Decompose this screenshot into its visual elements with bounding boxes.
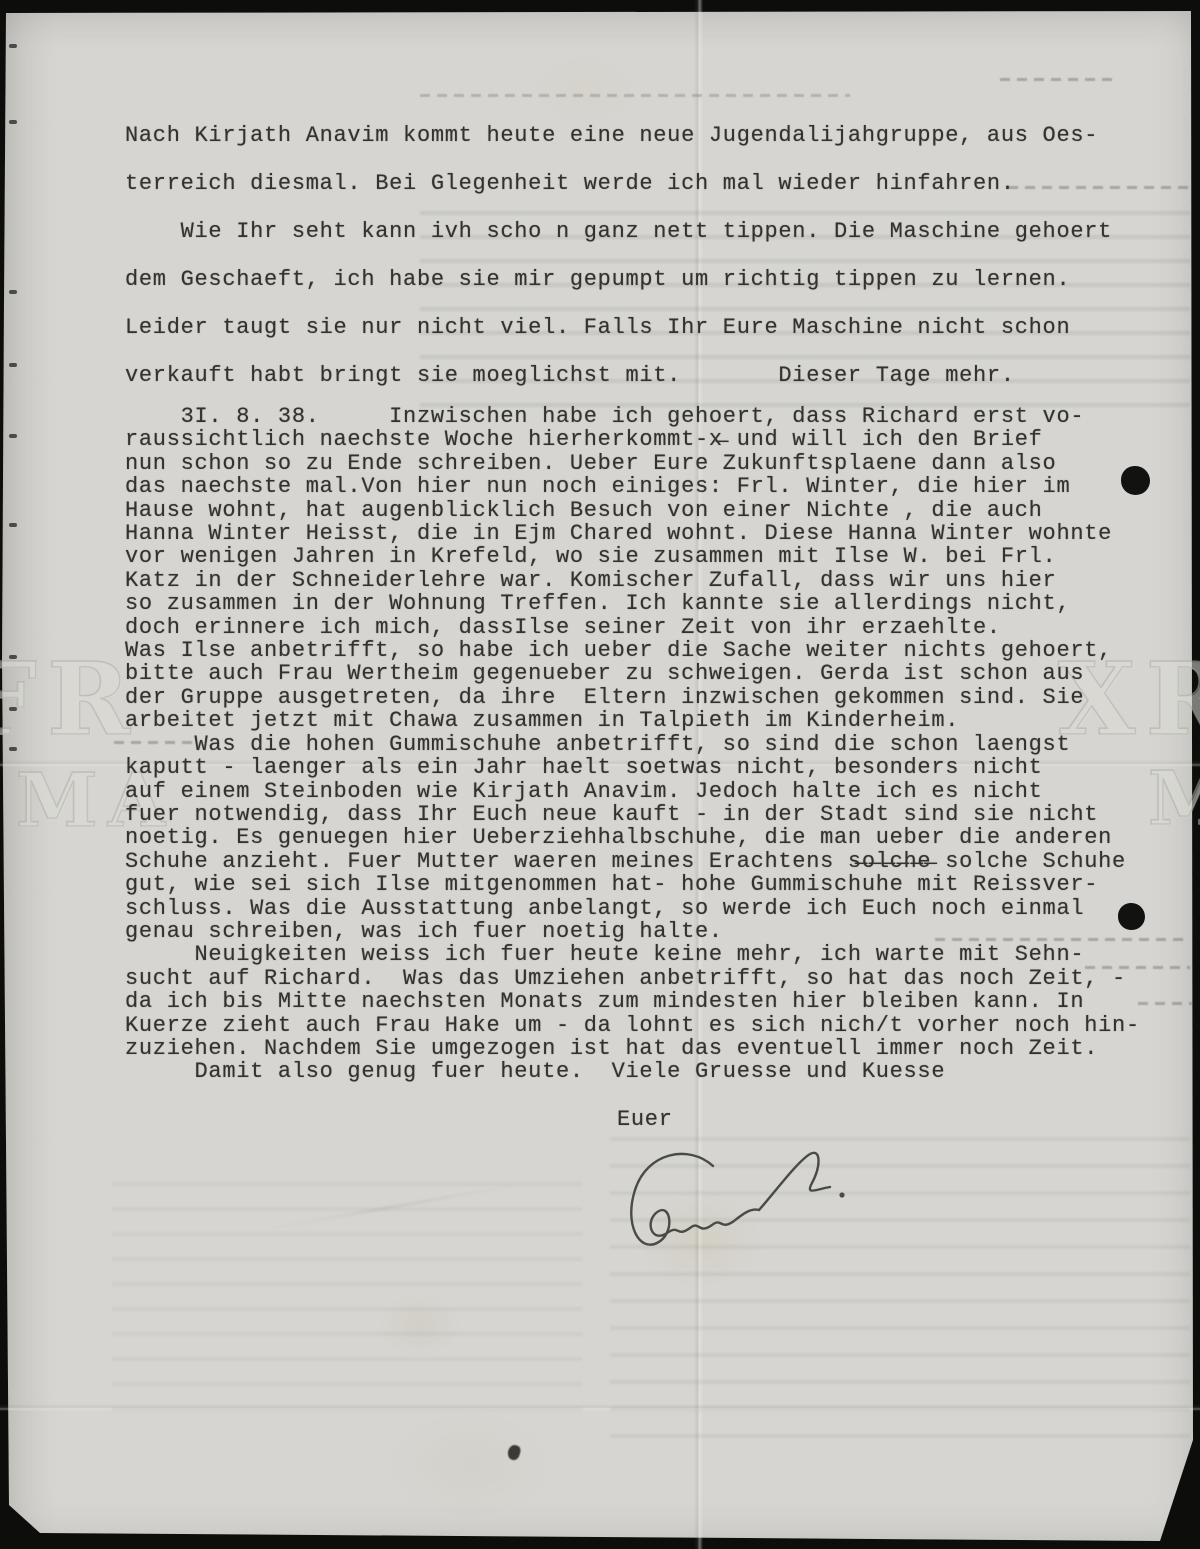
typed-line: raussichtlich naechste Woche hierherkomm… [125, 428, 1140, 451]
watermark-letters-right-bottom: M [1148, 756, 1200, 842]
intro-paragraphs: Nach Kirjath Anavim kommt heute eine neu… [125, 112, 1112, 400]
typed-line: Neuigkeiten weiss ich fuer heute keine m… [125, 943, 1140, 966]
binding-mark [9, 44, 17, 48]
signature [595, 1142, 925, 1277]
binding-mark [9, 655, 17, 659]
binding-mark [9, 290, 17, 294]
typed-line: so zusammen in der Wohnung Treffen. Ich … [125, 592, 1140, 615]
typed-line: noetig. Es genuegen hier Ueberziehhalbsc… [125, 826, 1140, 849]
bleedthrough-text-ghost [112, 1165, 582, 1430]
ghost-dashes [1138, 1002, 1192, 1005]
typed-line: vor wenigen Jahren in Krefeld, wo sie zu… [125, 545, 1140, 568]
typed-line: gut, wie sei sich Ilse mitgenommen hat- … [125, 873, 1140, 896]
valediction: Euer [617, 1108, 673, 1132]
typed-line: Was die hohen Gummischuhe anbetrifft, so… [125, 733, 1140, 756]
binding-mark [9, 523, 17, 527]
scanned-letter-page: FR XR MA M Nach Kirjath Anavim kommt heu… [0, 0, 1200, 1549]
binding-mark [9, 363, 17, 367]
punch-hole [1118, 903, 1145, 930]
typed-line: Hause wohnt, hat augenblicklich Besuch v… [125, 499, 1140, 522]
typed-line: Was Ilse anbetrifft, so habe ich ueber d… [125, 639, 1140, 662]
typed-line: Wie Ihr seht kann ivh scho n ganz nett t… [125, 208, 1112, 256]
typed-line: schluss. Was die Ausstattung anbelangt, … [125, 897, 1140, 920]
typed-line: Damit also genug fuer heute. Viele Grues… [125, 1060, 1140, 1083]
typed-line: Schuhe anzieht. Fuer Mutter waeren meine… [125, 850, 1140, 873]
typed-line: zuziehen. Nachdem Sie umgezogen ist hat … [125, 1037, 1140, 1060]
typed-line: genau schreiben, was ich fuer noetig hal… [125, 920, 1140, 943]
typed-line: Hanna Winter Heisst, die in Ejm Chared w… [125, 522, 1140, 545]
binding-mark [9, 707, 17, 711]
typed-line: der Gruppe ausgetreten, da ihre Eltern i… [125, 686, 1140, 709]
typed-line: 3I. 8. 38. Inzwischen habe ich gehoert, … [125, 405, 1140, 428]
typed-line: doch erinnere ich mich, dassIlse seiner … [125, 616, 1140, 639]
typed-line: das naechste mal.Von hier nun noch einig… [125, 475, 1140, 498]
typed-line: terreich diesmal. Bei Glegenheit werde i… [125, 160, 1112, 208]
typed-line: Kuerze zieht auch Frau Hake um - da lohn… [125, 1014, 1140, 1037]
ghost-dashes [420, 94, 850, 97]
typed-line: arbeitet jetzt mit Chawa zusammen in Tal… [125, 709, 1140, 732]
typed-line: Leider taugt sie nur nicht viel. Falls I… [125, 304, 1112, 352]
ghost-dashes [1000, 78, 1115, 81]
typed-line: verkauft habt bringt sie moeglichst mit.… [125, 352, 1112, 400]
binding-mark [9, 747, 17, 751]
dated-body-paragraphs: 3I. 8. 38. Inzwischen habe ich gehoert, … [125, 405, 1140, 1084]
binding-mark [9, 434, 17, 438]
binding-mark [9, 120, 17, 124]
typed-line: kaputt - laenger als ein Jahr haelt soet… [125, 756, 1140, 779]
typed-line: sucht auf Richard. Was das Umziehen anbe… [125, 967, 1140, 990]
typed-line: da ich bis Mitte naechsten Monats zum mi… [125, 990, 1140, 1013]
typed-line: fuer notwendig, dass Ihr Euch neue kauft… [125, 803, 1140, 826]
typed-line: Nach Kirjath Anavim kommt heute eine neu… [125, 112, 1112, 160]
typed-line: nun schon so zu Ende schreiben. Ueber Eu… [125, 452, 1140, 475]
typed-line: bitte auch Frau Wertheim gegenueber zu s… [125, 662, 1140, 685]
typed-line: auf einem Steinboden wie Kirjath Anavim.… [125, 780, 1140, 803]
typed-line: dem Geschaeft, ich habe sie mir gepumpt … [125, 256, 1112, 304]
typed-line: Katz in der Schneiderlehre war. Komische… [125, 569, 1140, 592]
punch-hole [1121, 466, 1150, 495]
